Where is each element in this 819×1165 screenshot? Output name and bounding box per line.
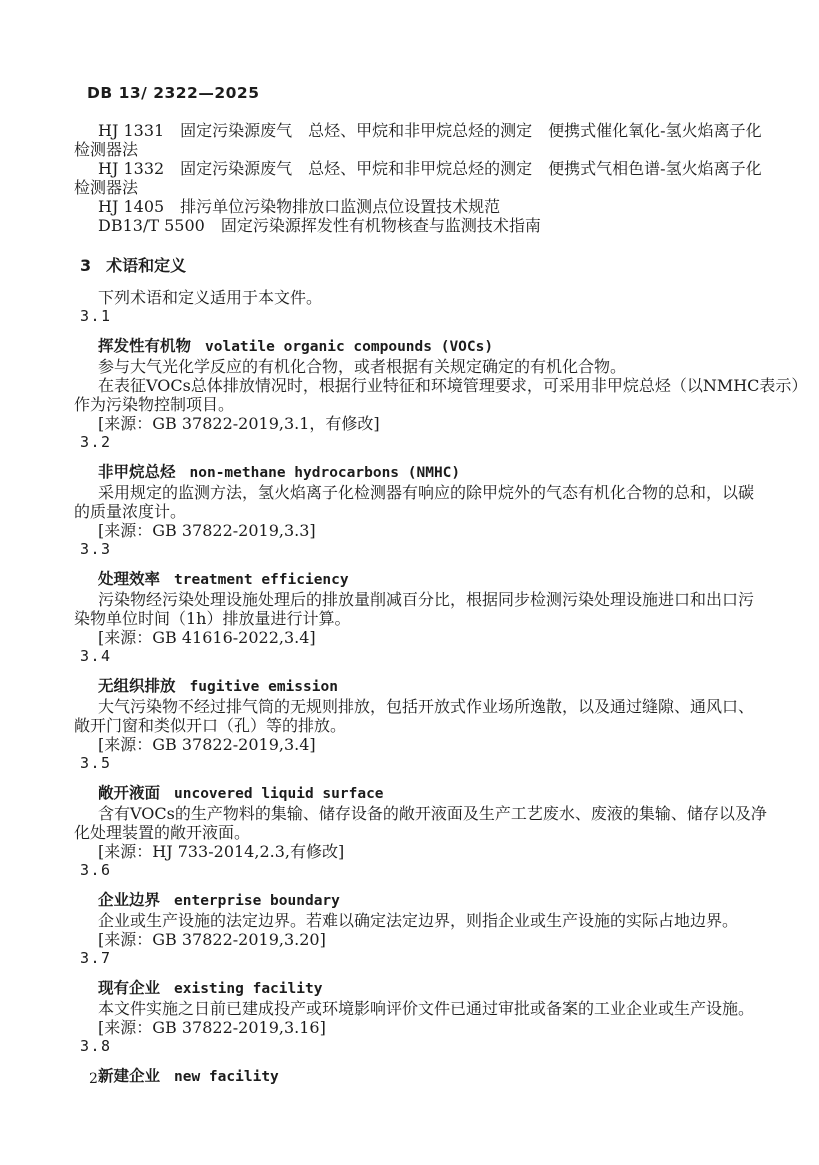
term-name-en: non-methane hydrocarbons (NMHC) xyxy=(190,465,461,481)
term-block: 3.2 非甲烷总烃non-methane hydrocarbons (NMHC)… xyxy=(74,433,819,540)
term-name-en: volatile organic compounds (VOCs) xyxy=(205,339,493,355)
document-page: DB 13/ 2322—2025 HJ 1331 固定污染源废气 总烃、甲烷和非… xyxy=(0,0,819,1165)
page-number: 2 xyxy=(89,1070,98,1089)
term-block: 3.3 处理效率treatment efficiency 污染物经污染处理设施处… xyxy=(74,540,819,647)
term-heading: 处理效率treatment efficiency xyxy=(74,569,819,590)
term-block: 3.5 敞开液面uncovered liquid surface 含有VOCs的… xyxy=(74,754,819,861)
document-code-header: DB 13/ 2322—2025 xyxy=(74,84,819,103)
term-name-cn: 敞开液面 xyxy=(98,784,160,802)
term-name-cn: 挥发性有机物 xyxy=(98,337,191,355)
term-block: 3.1 挥发性有机物volatile organic compounds (VO… xyxy=(74,307,819,433)
term-heading: 无组织排放fugitive emission xyxy=(74,676,819,697)
term-number: 3.2 xyxy=(74,433,819,452)
term-name-en: uncovered liquid surface xyxy=(174,786,384,802)
definition-line: 企业或生产设施的法定边界。若难以确定法定边界，则指企业或生产设施的实际占地边界。 xyxy=(74,911,819,930)
source-line: [来源：GB 37822-2019,3.16] xyxy=(74,1018,819,1037)
term-number: 3.3 xyxy=(74,540,819,559)
term-heading: 挥发性有机物volatile organic compounds (VOCs) xyxy=(74,336,819,357)
term-name-cn: 现有企业 xyxy=(98,979,160,997)
term-number: 3.6 xyxy=(74,861,819,880)
definition-line-continuation: 化处理装置的敞开液面。 xyxy=(74,823,819,842)
term-block: 3.8 新建企业new facility xyxy=(74,1037,819,1087)
definition-line: 在表征VOCs总体排放情况时，根据行业特征和环境管理要求，可采用非甲烷总烃（以N… xyxy=(74,376,819,395)
term-block: 3.4 无组织排放fugitive emission 大气污染物不经过排气筒的无… xyxy=(74,647,819,754)
source-line: [来源：GB 37822-2019,3.1，有修改] xyxy=(74,414,819,433)
section-number: 3 xyxy=(80,256,91,275)
source-line: [来源：GB 41616-2022,3.4] xyxy=(74,628,819,647)
section-heading: 3术语和定义 xyxy=(74,256,819,275)
term-name-cn: 无组织排放 xyxy=(98,677,176,695)
reference-line: HJ 1331 固定污染源废气 总烃、甲烷和非甲烷总烃的测定 便携式催化氧化-氢… xyxy=(74,121,819,140)
term-name-cn: 非甲烷总烃 xyxy=(98,463,176,481)
definition-line: 污染物经污染处理设施处理后的排放量削减百分比，根据同步检测污染处理设施进口和出口… xyxy=(74,590,819,609)
definition-line-continuation: 作为污染物控制项目。 xyxy=(74,395,819,414)
term-name-cn: 新建企业 xyxy=(98,1067,160,1085)
term-heading: 非甲烷总烃non-methane hydrocarbons (NMHC) xyxy=(74,462,819,483)
reference-line: HJ 1405 排污单位污染物排放口监测点位设置技术规范 xyxy=(74,197,819,216)
definition-line-continuation: 染物单位时间（1h）排放量进行计算。 xyxy=(74,609,819,628)
term-name-en: new facility xyxy=(174,1069,279,1085)
term-number: 3.4 xyxy=(74,647,819,666)
term-heading: 敞开液面uncovered liquid surface xyxy=(74,783,819,804)
reference-line: DB13/T 5500 固定污染源挥发性有机物核查与监测技术指南 xyxy=(74,216,819,235)
term-heading: 新建企业new facility xyxy=(74,1066,819,1087)
term-block: 3.6 企业边界enterprise boundary 企业或生产设施的法定边界… xyxy=(74,861,819,949)
reference-line-continuation: 检测器法 xyxy=(74,178,819,197)
section-title: 术语和定义 xyxy=(106,256,186,275)
term-number: 3.1 xyxy=(74,307,819,326)
reference-line-continuation: 检测器法 xyxy=(74,140,819,159)
reference-line: HJ 1332 固定污染源废气 总烃、甲烷和非甲烷总烃的测定 便携式气相色谱-氢… xyxy=(74,159,819,178)
normative-references: HJ 1331 固定污染源废气 总烃、甲烷和非甲烷总烃的测定 便携式催化氧化-氢… xyxy=(74,121,819,235)
term-number: 3.8 xyxy=(74,1037,819,1056)
term-number: 3.7 xyxy=(74,949,819,968)
definition-line-continuation: 的质量浓度计。 xyxy=(74,502,819,521)
definition-line: 本文件实施之日前已建成投产或环境影响评价文件已通过审批或备案的工业企业或生产设施… xyxy=(74,999,819,1018)
source-line: [来源：GB 37822-2019,3.4] xyxy=(74,735,819,754)
definition-line-continuation: 敞开门窗和类似开口（孔）等的排放。 xyxy=(74,716,819,735)
term-name-cn: 企业边界 xyxy=(98,891,160,909)
term-name-en: fugitive emission xyxy=(190,679,338,695)
term-heading: 企业边界enterprise boundary xyxy=(74,890,819,911)
source-line: [来源：GB 37822-2019,3.3] xyxy=(74,521,819,540)
definition-line: 采用规定的监测方法，氢火焰离子化检测器有响应的除甲烷外的气态有机化合物的总和，以… xyxy=(74,483,819,502)
term-heading: 现有企业existing facility xyxy=(74,978,819,999)
definition-line: 参与大气光化学反应的有机化合物，或者根据有关规定确定的有机化合物。 xyxy=(74,357,819,376)
term-name-en: treatment efficiency xyxy=(174,572,349,588)
term-number: 3.5 xyxy=(74,754,819,773)
source-line: [来源：GB 37822-2019,3.20] xyxy=(74,930,819,949)
definition-line: 含有VOCs的生产物料的集输、储存设备的敞开液面及生产工艺废水、废液的集输、储存… xyxy=(74,804,819,823)
term-name-en: existing facility xyxy=(174,981,322,997)
section-intro: 下列术语和定义适用于本文件。 xyxy=(74,288,819,307)
term-block: 3.7 现有企业existing facility 本文件实施之日前已建成投产或… xyxy=(74,949,819,1037)
source-line: [来源：HJ 733-2014,2.3,有修改] xyxy=(74,842,819,861)
definition-line: 大气污染物不经过排气筒的无规则排放，包括开放式作业场所逸散，以及通过缝隙、通风口… xyxy=(74,697,819,716)
term-name-en: enterprise boundary xyxy=(174,893,340,909)
term-name-cn: 处理效率 xyxy=(98,570,160,588)
